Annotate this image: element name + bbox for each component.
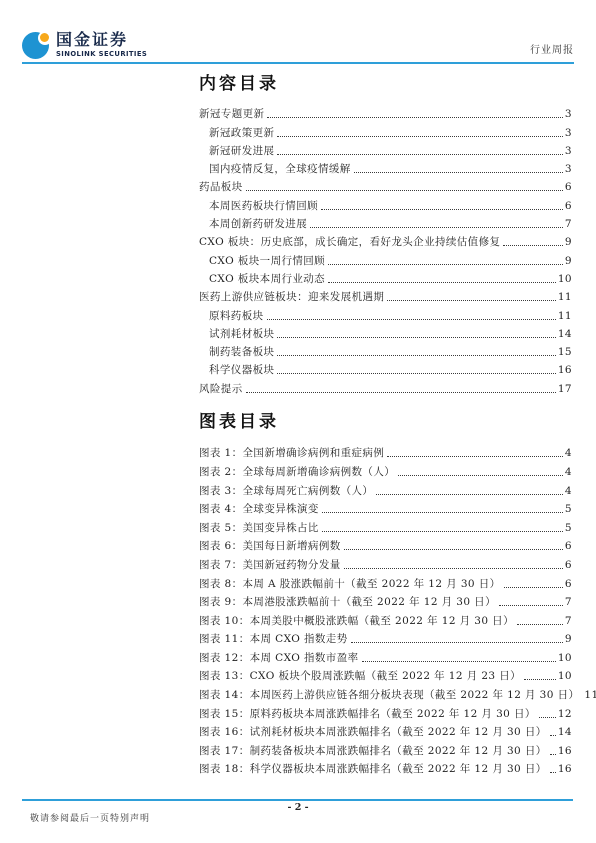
figure-item[interactable]: 图表 8：本周 A 股涨跌幅前十（截至 2022 年 12 月 30 日）6 xyxy=(199,572,572,591)
dotted-leader xyxy=(362,661,556,662)
dotted-leader xyxy=(322,531,563,532)
figure-item[interactable]: 图表 16：试剂耗材板块本周涨跌幅排名（截至 2022 年 12 月 30 日）… xyxy=(199,721,572,740)
figure-item[interactable]: 图表 5：美国变异株占比5 xyxy=(199,516,572,535)
dotted-leader xyxy=(267,319,556,320)
figure-item-page: 6 xyxy=(565,577,572,591)
dotted-leader xyxy=(310,227,563,228)
dotted-leader xyxy=(277,136,563,137)
figure-item-page: 16 xyxy=(558,762,572,776)
figure-item-label: 图表 5：美国变异株占比 xyxy=(199,521,319,535)
toc-item[interactable]: 医药上游供应链板块：迎来发展机遇期11 xyxy=(199,286,572,304)
dotted-leader xyxy=(504,587,563,588)
toc-item[interactable]: 新冠政策更新3 xyxy=(199,121,572,139)
figure-item[interactable]: 图表 4：全球变异株演变5 xyxy=(199,498,572,517)
dotted-leader xyxy=(246,190,563,191)
figure-item[interactable]: 图表 14：本周医药上游供应链各细分板块表现（截至 2022 年 12 月 30… xyxy=(199,683,572,702)
figure-item-label: 图表 15：原料药板块本周涨跌幅排名（截至 2022 年 12 月 30 日） xyxy=(199,707,536,721)
figure-item-label: 图表 4：全球变异株演变 xyxy=(199,502,319,516)
figure-item-label: 图表 17：制药装备板块本周涨跌幅排名（截至 2022 年 12 月 30 日） xyxy=(199,744,547,758)
figure-item-label: 图表 14：本周医药上游供应链各细分板块表现（截至 2022 年 12 月 30… xyxy=(199,688,579,702)
dotted-leader xyxy=(550,772,556,773)
dotted-leader xyxy=(376,494,563,495)
toc-item[interactable]: 风险提示17 xyxy=(199,377,572,395)
figure-item-page: 6 xyxy=(565,558,572,572)
figure-item-label: 图表 9：本周港股涨跌幅前十（截至 2022 年 12 月 30 日） xyxy=(199,595,496,609)
brand-name-cn: 国金证券 xyxy=(56,32,147,48)
toc-item-page: 10 xyxy=(558,272,572,286)
figure-item-label: 图表 13：CXO 板块个股周涨跌幅（截至 2022 年 12 月 23 日） xyxy=(199,669,521,683)
figure-item-page: 9 xyxy=(565,632,572,646)
brand-name-en: SINOLINK SECURITIES xyxy=(56,51,147,58)
sinolink-logo-icon xyxy=(22,32,49,59)
figure-item[interactable]: 图表 12：本周 CXO 指数市盈率10 xyxy=(199,646,572,665)
report-type-label: 行业周报 xyxy=(530,41,574,56)
toc-list: 新冠专题更新3新冠政策更新3新冠研发进展3国内疫情反复，全球疫情缓解3药品板块6… xyxy=(199,103,572,396)
toc-item[interactable]: 新冠研发进展3 xyxy=(199,140,572,158)
dotted-leader xyxy=(354,172,563,173)
footer-divider xyxy=(22,799,573,801)
figure-item-page: 4 xyxy=(565,465,572,479)
figure-item-page: 7 xyxy=(565,614,572,628)
figure-item[interactable]: 图表 7：美国新冠药物分发量6 xyxy=(199,553,572,572)
dotted-leader xyxy=(499,605,563,606)
toc-item[interactable]: 科学仪器板块16 xyxy=(199,359,572,377)
toc-item[interactable]: 国内疫情反复，全球疫情缓解3 xyxy=(199,158,572,176)
toc-item-label: CXO 板块一周行情回顾 xyxy=(199,254,325,268)
dotted-leader xyxy=(550,735,556,736)
toc-item-label: 本周医药板块行情回顾 xyxy=(199,199,318,213)
figure-item[interactable]: 图表 18：科学仪器板块本周涨跌幅排名（截至 2022 年 12 月 30 日）… xyxy=(199,758,572,777)
toc-item-page: 3 xyxy=(565,162,572,176)
toc-item[interactable]: 原料药板块11 xyxy=(199,304,572,322)
toc-item-label: 药品板块 xyxy=(199,180,243,194)
toc-item-label: 试剂耗材板块 xyxy=(199,327,274,341)
toc-item-label: 国内疫情反复，全球疫情缓解 xyxy=(199,162,351,176)
figure-item-page: 10 xyxy=(558,669,572,683)
dotted-leader xyxy=(246,392,556,393)
dotted-leader xyxy=(277,373,555,374)
toc-item-label: 科学仪器板块 xyxy=(199,363,274,377)
figure-item[interactable]: 图表 9：本周港股涨跌幅前十（截至 2022 年 12 月 30 日）7 xyxy=(199,591,572,610)
toc-item[interactable]: 试剂耗材板块14 xyxy=(199,323,572,341)
footer-disclaimer: 敬请参阅最后一页特别声明 xyxy=(30,811,150,824)
figure-item-page: 5 xyxy=(565,502,572,516)
toc-item-page: 3 xyxy=(565,144,572,158)
toc-item-page: 3 xyxy=(565,126,572,140)
dotted-leader xyxy=(344,568,563,569)
figure-item-page: 14 xyxy=(558,725,572,739)
figure-item-page: 10 xyxy=(558,651,572,665)
toc-item-page: 15 xyxy=(558,345,572,359)
toc-item-label: CXO 板块本周行业动态 xyxy=(199,272,325,286)
toc-item-label: 原料药板块 xyxy=(199,309,264,323)
toc-item-label: 本周创新药研发进展 xyxy=(199,217,307,231)
toc-item-page: 3 xyxy=(565,107,572,121)
figure-item-label: 图表 3：全球每周死亡病例数（人） xyxy=(199,484,373,498)
toc-item[interactable]: 本周医药板块行情回顾6 xyxy=(199,194,572,212)
figure-item-label: 图表 8：本周 A 股涨跌幅前十（截至 2022 年 12 月 30 日） xyxy=(199,577,501,591)
toc-item-page: 6 xyxy=(565,180,572,194)
figure-item-label: 图表 7：美国新冠药物分发量 xyxy=(199,558,341,572)
content-column: 内容目录 新冠专题更新3新冠政策更新3新冠研发进展3国内疫情反复，全球疫情缓解3… xyxy=(199,72,572,776)
figure-item[interactable]: 图表 10：本周美股中概股涨跌幅（截至 2022 年 12 月 30 日）7 xyxy=(199,609,572,628)
report-page: 国金证券 SINOLINK SECURITIES 行业周报 内容目录 新冠专题更… xyxy=(0,0,596,843)
figure-item[interactable]: 图表 15：原料药板块本周涨跌幅排名（截至 2022 年 12 月 30 日）1… xyxy=(199,702,572,721)
toc-item-page: 11 xyxy=(558,309,572,323)
toc-item-page: 17 xyxy=(558,382,572,396)
page-header: 国金证券 SINOLINK SECURITIES 行业周报 xyxy=(22,28,574,64)
toc-item-label: 医药上游供应链板块：迎来发展机遇期 xyxy=(199,290,384,304)
dotted-leader xyxy=(277,154,563,155)
figure-item-page: 16 xyxy=(558,744,572,758)
figures-section: 图表目录 图表 1：全国新增确诊病例和重症病例4图表 2：全球每周新增确诊病例数… xyxy=(199,410,572,777)
figure-item-page: 12 xyxy=(558,707,572,721)
dotted-leader xyxy=(277,337,555,338)
toc-item-label: 新冠专题更新 xyxy=(199,107,264,121)
dotted-leader xyxy=(344,549,563,550)
dotted-leader xyxy=(503,245,563,246)
toc-item[interactable]: 药品板块6 xyxy=(199,176,572,194)
figure-item[interactable]: 图表 17：制药装备板块本周涨跌幅排名（截至 2022 年 12 月 30 日）… xyxy=(199,739,572,758)
toc-item-page: 16 xyxy=(558,363,572,377)
figure-item[interactable]: 图表 3：全球每周死亡病例数（人）4 xyxy=(199,479,572,498)
figure-item-page: 11 xyxy=(584,688,596,702)
figures-list: 图表 1：全国新增确诊病例和重症病例4图表 2：全球每周新增确诊病例数（人）4图… xyxy=(199,442,572,777)
toc-item-page: 9 xyxy=(565,235,572,249)
toc-item-label: 制药装备板块 xyxy=(199,345,274,359)
toc-item-page: 11 xyxy=(558,290,572,304)
toc-item-page: 14 xyxy=(558,327,572,341)
dotted-leader xyxy=(322,512,563,513)
toc-item-label: CXO 板块：历史底部，成长确定，看好龙头企业持续估值修复 xyxy=(199,235,500,249)
toc-item-label: 新冠研发进展 xyxy=(199,144,274,158)
toc-item-label: 新冠政策更新 xyxy=(199,126,274,140)
dotted-leader xyxy=(351,642,563,643)
dotted-leader xyxy=(398,475,563,476)
dotted-leader xyxy=(277,355,555,356)
toc-item[interactable]: CXO 板块：历史底部，成长确定，看好龙头企业持续估值修复9 xyxy=(199,231,572,249)
toc-item[interactable]: 制药装备板块15 xyxy=(199,341,572,359)
figure-item-label: 图表 1：全国新增确诊病例和重症病例 xyxy=(199,446,384,460)
figure-item-page: 4 xyxy=(565,446,572,460)
figure-item-label: 图表 10：本周美股中概股涨跌幅（截至 2022 年 12 月 30 日） xyxy=(199,614,514,628)
toc-item-page: 6 xyxy=(565,199,572,213)
toc-item-page: 7 xyxy=(565,217,572,231)
brand-text: 国金证券 SINOLINK SECURITIES xyxy=(56,32,147,58)
toc-item-label: 风险提示 xyxy=(199,382,243,396)
figure-item-label: 图表 2：全球每周新增确诊病例数（人） xyxy=(199,465,395,479)
dotted-leader xyxy=(328,282,556,283)
dotted-leader xyxy=(387,456,563,457)
figure-item[interactable]: 图表 11：本周 CXO 指数走势9 xyxy=(199,628,572,647)
dotted-leader xyxy=(387,300,556,301)
toc-item[interactable]: 本周创新药研发进展7 xyxy=(199,213,572,231)
dotted-leader xyxy=(267,117,563,118)
toc-title: 内容目录 xyxy=(199,72,572,96)
dotted-leader xyxy=(517,624,563,625)
figure-item-label: 图表 12：本周 CXO 指数市盈率 xyxy=(199,651,359,665)
dotted-leader xyxy=(524,679,556,680)
figure-item[interactable]: 图表 13：CXO 板块个股周涨跌幅（截至 2022 年 12 月 23 日）1… xyxy=(199,665,572,684)
figure-item-page: 6 xyxy=(565,539,572,553)
figure-item[interactable]: 图表 2：全球每周新增确诊病例数（人）4 xyxy=(199,460,572,479)
figures-title: 图表目录 xyxy=(199,410,572,434)
figure-item[interactable]: 图表 1：全国新增确诊病例和重症病例4 xyxy=(199,442,572,461)
dotted-leader xyxy=(539,717,556,718)
figure-item-label: 图表 18：科学仪器板块本周涨跌幅排名（截至 2022 年 12 月 30 日） xyxy=(199,762,547,776)
toc-item-page: 9 xyxy=(565,254,572,268)
toc-item[interactable]: CXO 板块一周行情回顾9 xyxy=(199,249,572,267)
dotted-leader xyxy=(550,754,556,755)
brand: 国金证券 SINOLINK SECURITIES xyxy=(22,32,147,59)
dotted-leader xyxy=(328,264,563,265)
figure-item-page: 7 xyxy=(565,595,572,609)
figure-item-label: 图表 16：试剂耗材板块本周涨跌幅排名（截至 2022 年 12 月 30 日） xyxy=(199,725,547,739)
figure-item[interactable]: 图表 6：美国每日新增病例数6 xyxy=(199,535,572,554)
toc-item[interactable]: CXO 板块本周行业动态10 xyxy=(199,268,572,286)
figure-item-page: 5 xyxy=(565,521,572,535)
figure-item-page: 4 xyxy=(565,484,572,498)
dotted-leader xyxy=(321,209,563,210)
figure-item-label: 图表 11：本周 CXO 指数走势 xyxy=(199,632,348,646)
toc-item[interactable]: 新冠专题更新3 xyxy=(199,103,572,121)
figure-item-label: 图表 6：美国每日新增病例数 xyxy=(199,539,341,553)
